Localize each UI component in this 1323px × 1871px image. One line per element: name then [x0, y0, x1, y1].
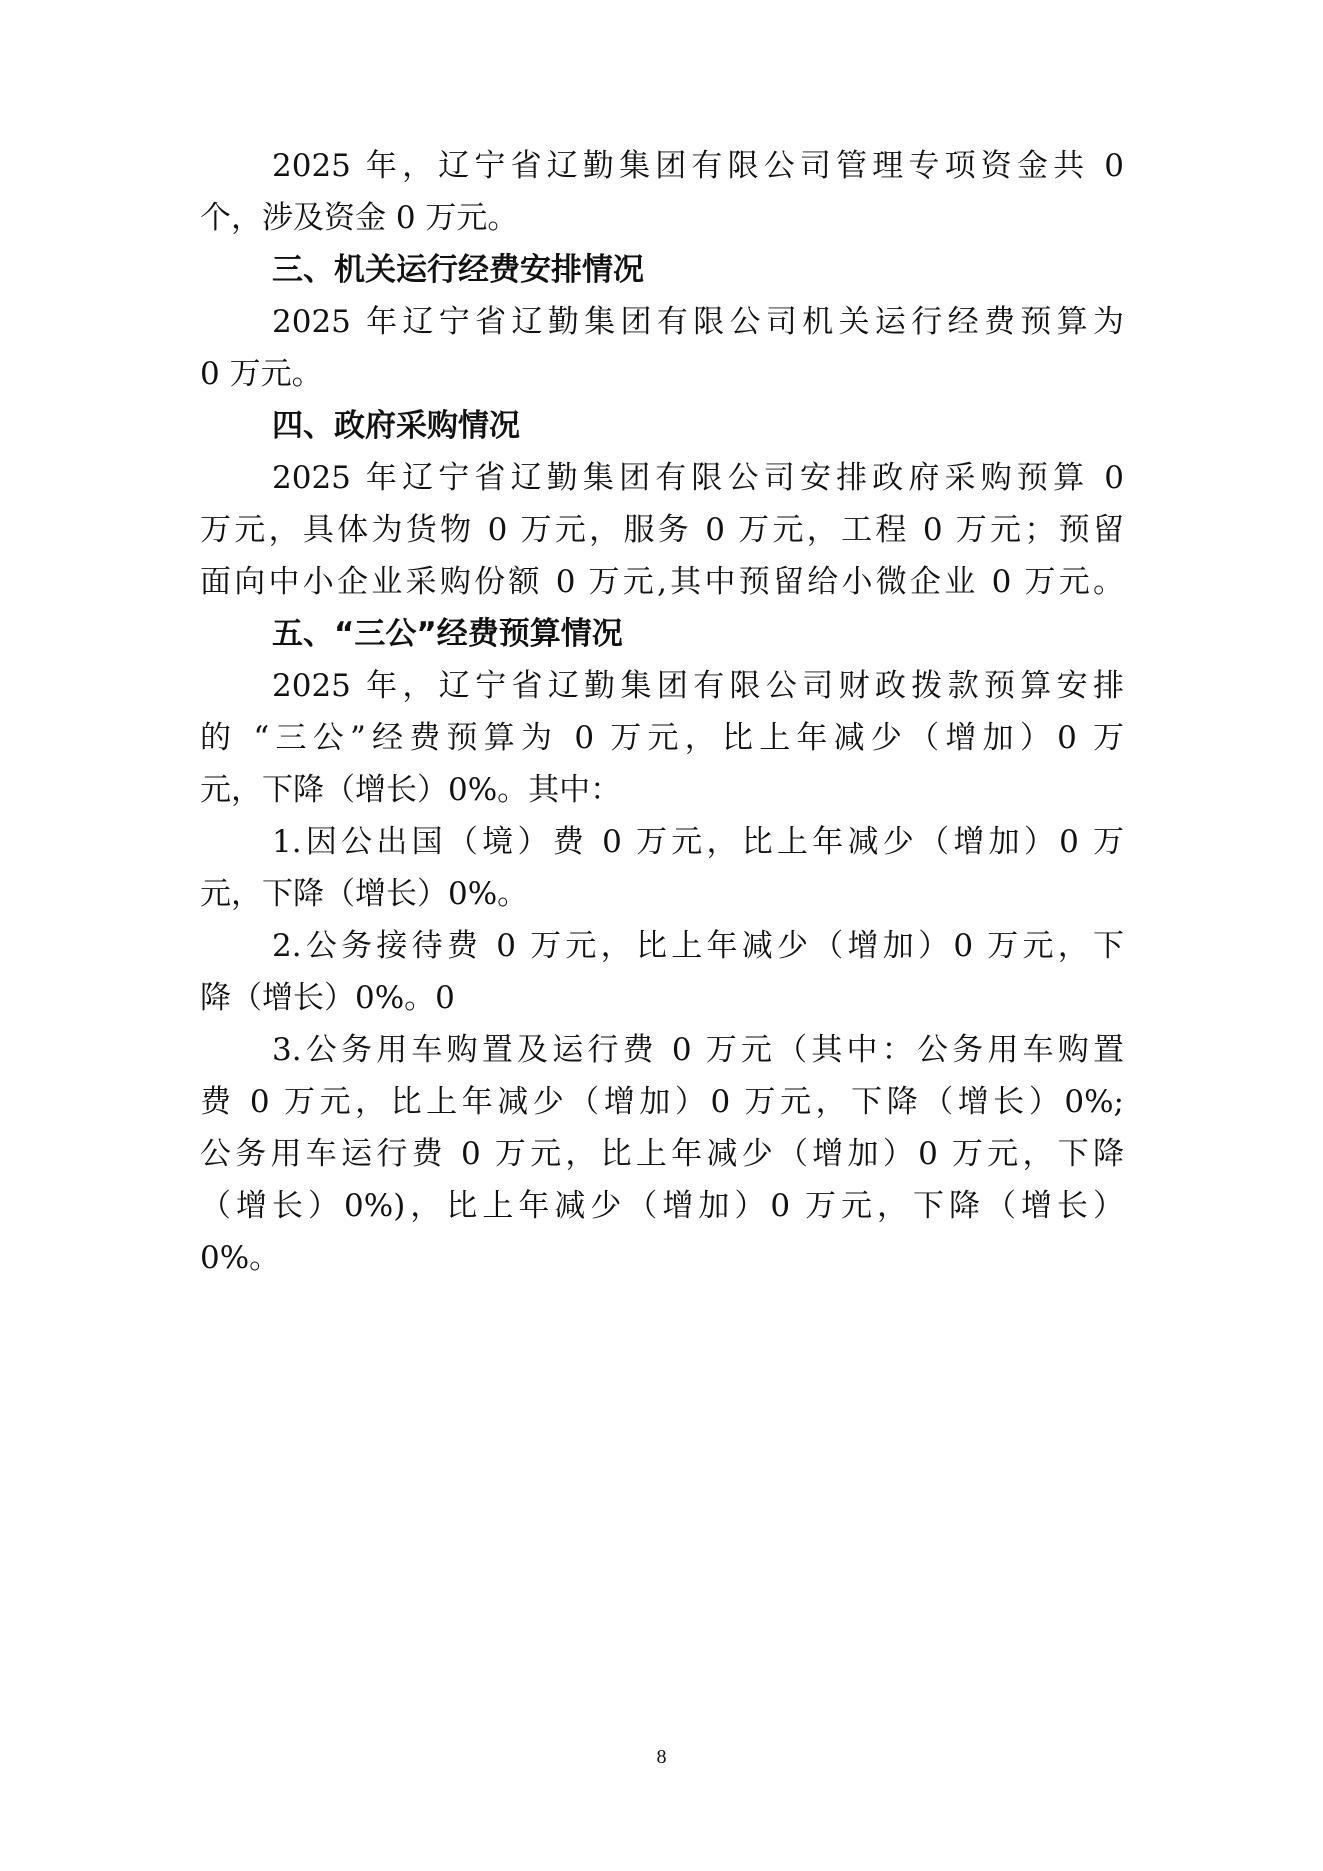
text-line: 万元，具体为货物 0 万元，服务 0 万元，工程 0 万元；预留: [200, 510, 1124, 550]
text-line: 3.公务用车购置及运行费 0 万元（其中：公务用车购置: [272, 1030, 1124, 1070]
text-line: 0%。: [200, 1238, 1124, 1278]
text-line: 公务用车运行费 0 万元，比上年减少（增加）0 万元，下降: [200, 1134, 1124, 1174]
section-4-heading: 四、政府采购情况: [272, 406, 520, 446]
text-line: （增长）0%)，比上年减少（增加）0 万元，下降（增长）: [200, 1186, 1124, 1226]
text-line: 2025 年，辽宁省辽勤集团有限公司财政拨款预算安排: [272, 666, 1124, 706]
text-line: 面向中小企业采购份额 0 万元,其中预留给小微企业 0 万元。: [200, 562, 1124, 602]
text-line: 降（增长）0%。0: [200, 978, 1124, 1018]
text-line: 2025 年辽宁省辽勤集团有限公司安排政府采购预算 0: [272, 458, 1124, 498]
text-line: 0 万元。: [200, 354, 1124, 394]
text-line: 个，涉及资金 0 万元。: [200, 198, 1124, 238]
page-number: 8: [0, 1746, 1323, 1769]
text-line: 元，下降（增长）0%。其中：: [200, 770, 1124, 810]
section-5-heading: 五、“三公”经费预算情况: [272, 614, 623, 654]
text-line: 元，下降（增长）0%。: [200, 874, 1124, 914]
text-line: 费 0 万元，比上年减少（增加）0 万元，下降（增长）0%;: [200, 1082, 1124, 1122]
text-line: 的 “三公”经费预算为 0 万元，比上年减少（增加）0 万: [200, 718, 1124, 758]
text-line: 2025 年辽宁省辽勤集团有限公司机关运行经费预算为: [272, 302, 1124, 342]
document-page: 2025 年，辽宁省辽勤集团有限公司管理专项资金共 0 个，涉及资金 0 万元。…: [0, 0, 1323, 1871]
text-line: 1.因公出国（境）费 0 万元，比上年减少（增加）0 万: [272, 822, 1124, 862]
text-line: 2025 年，辽宁省辽勤集团有限公司管理专项资金共 0: [272, 146, 1124, 186]
text-line: 2.公务接待费 0 万元，比上年减少（增加）0 万元，下: [272, 926, 1124, 966]
section-3-heading: 三、机关运行经费安排情况: [272, 250, 644, 290]
